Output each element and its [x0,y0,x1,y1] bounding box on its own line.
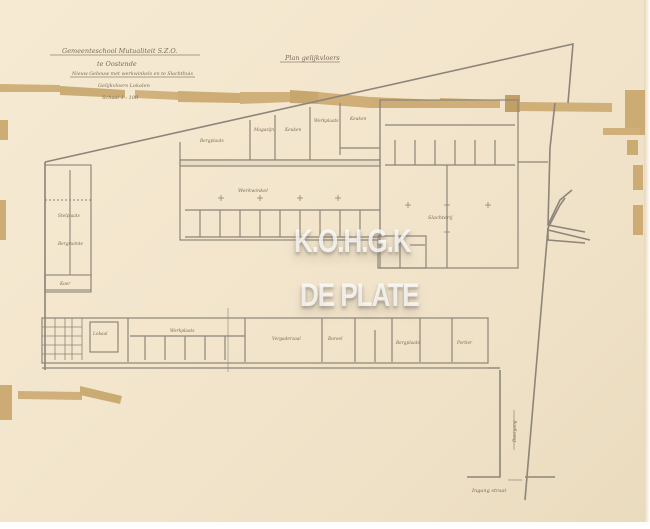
room-labels: Bergplaats Magazijn Keuken Werkplaats Ke… [57,117,518,494]
watermark-line-2: DE PLATE [300,276,419,315]
bottom-wing [42,308,500,372]
plan-title: Plan gelijkvloers [284,54,340,62]
label-bottom-wing-1: Lokaal [92,332,108,337]
label-entrance: Ingang straat [471,488,507,494]
label-upper-left-room: Bergplaats [199,139,224,144]
label-upper-small-2: Keuken [284,128,302,133]
left-shed [45,165,91,292]
building-outline [45,44,590,500]
label-bottom-wing-2: Werkplaats [170,329,195,334]
floor-plan-drawing: Gemeenteschool Mutualiteit S.Z.O. te Oos… [0,0,650,529]
title-line-3: Nieuw Gebouw met werkwinkels en te Slach… [71,71,193,77]
label-upper-center: Werkplaats [314,119,339,124]
label-left-shed: Stelplaats [58,214,81,219]
title-line-5: Schaal 1 : 100 [102,95,139,101]
title-line-1: Gemeenteschool Mutualiteit S.Z.O. [62,47,177,55]
label-left-small: Koer [59,282,71,287]
title-line-4: Gelijkvloers Lokalen [98,83,150,89]
label-upper-right-1: Keuken [349,117,367,122]
label-main-hall: Werkwinkel [238,188,268,194]
label-bottom-wing-6: Portier [456,341,473,346]
label-left-shed-lower: Bergruimte [57,242,84,247]
title-line-2: te Oostende [97,60,137,68]
label-right-hall: Slachterij [428,215,453,221]
label-passage: Doorgang [513,420,518,443]
watermark-line-1: K.O.H.G.K [294,222,411,261]
drawing-sheet: Gemeenteschool Mutualiteit S.Z.O. te Oos… [0,0,650,529]
label-upper-small-1: Magazijn [253,128,274,133]
label-bottom-wing-4: Bureel [327,337,343,342]
label-bottom-wing-5: Bergplaats [395,341,420,346]
label-bottom-wing-3: Vergaderzaal [272,337,301,342]
